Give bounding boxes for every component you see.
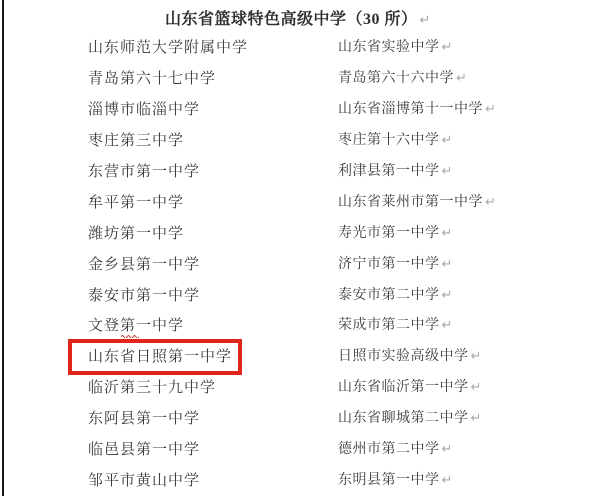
- school-name-left: 淄博市临淄中学: [88, 100, 200, 120]
- school-name-right: 山东省临沂第一中学↵: [338, 378, 482, 398]
- school-name-left: 金乡县第一中学: [88, 255, 200, 275]
- school-name-left: 潍坊第一中学: [88, 224, 184, 244]
- school-name-right: 利津县第一中学↵: [338, 162, 453, 182]
- school-name-left: 文登第一中学: [88, 316, 184, 336]
- paragraph-mark-icon: ↵: [442, 473, 453, 488]
- paragraph-mark-icon: ↵: [442, 164, 453, 179]
- paragraph-mark-icon: ↵: [442, 257, 453, 272]
- school-row: 文登第一中学 荣成市第二中学↵: [0, 311, 596, 342]
- paragraph-mark-icon: ↵: [442, 133, 453, 148]
- paragraph-mark-icon: ↵: [471, 411, 482, 426]
- school-name-right: 东明县第一中学↵: [338, 471, 453, 491]
- paragraph-mark-icon: ↵: [420, 13, 431, 28]
- school-row: 临邑县第一中学 德州市第二中学↵: [0, 435, 596, 466]
- school-row: 山东省日照第一中学 日照市实验高级中学↵: [0, 342, 596, 373]
- school-row: 东阿县第一中学 山东省聊城第二中学↵: [0, 404, 596, 435]
- paragraph-mark-icon: ↵: [442, 442, 453, 457]
- school-name-right: 枣庄第十六中学↵: [338, 131, 453, 151]
- school-name-left: 东营市第一中学: [88, 162, 200, 182]
- school-name-right: 青岛第六十六中学↵: [338, 69, 467, 89]
- title-text: 山东省篮球特色高级中学（30 所）: [165, 11, 418, 28]
- school-name-right: 山东省淄博第十一中学↵: [338, 100, 496, 120]
- school-row: 枣庄第三中学 枣庄第十六中学↵: [0, 126, 596, 157]
- school-row: 淄博市临淄中学 山东省淄博第十一中学↵: [0, 95, 596, 126]
- paragraph-mark-icon: ↵: [471, 380, 482, 395]
- paragraph-mark-icon: ↵: [471, 349, 482, 364]
- paragraph-mark-icon: ↵: [442, 318, 453, 333]
- school-name-left: 青岛第六十七中学: [88, 69, 216, 89]
- school-name-highlighted: 山东省日照第一中学: [68, 339, 242, 375]
- school-row: 邹平市黄山中学 东明县第一中学↵: [0, 465, 596, 496]
- paragraph-mark-icon: ↵: [442, 226, 453, 241]
- school-name-right: 山东省聊城第二中学↵: [338, 409, 482, 429]
- school-name-left: 邹平市黄山中学: [88, 471, 200, 491]
- school-row: 金乡县第一中学 济宁市第一中学↵: [0, 249, 596, 280]
- paragraph-mark-icon: ↵: [442, 288, 453, 303]
- school-name-right: 山东省莱州市第一中学↵: [338, 193, 496, 213]
- school-row: 泰安市第一中学 泰安市第二中学↵: [0, 280, 596, 311]
- school-name-left: 临邑县第一中学: [88, 440, 200, 460]
- school-row: 牟平第一中学 山东省莱州市第一中学↵: [0, 187, 596, 218]
- school-name-left: 东阿县第一中学: [88, 409, 200, 429]
- school-name-right: 日照市实验高级中学↵: [338, 347, 482, 367]
- school-name-right: 泰安市第二中学↵: [338, 286, 453, 306]
- school-name-left: 临沂第三十九中学: [88, 378, 216, 398]
- school-name-right: 荣成市第二中学↵: [338, 316, 453, 336]
- document-page: 山东省篮球特色高级中学（30 所）↵ 山东师范大学附属中学 山东省实验中学↵ 青…: [0, 0, 596, 496]
- paragraph-mark-icon: ↵: [442, 40, 453, 55]
- spellcheck-underline-icon: [121, 334, 139, 338]
- school-name-left: 山东师范大学附属中学: [88, 38, 248, 58]
- school-row: 临沂第三十九中学 山东省临沂第一中学↵: [0, 373, 596, 404]
- school-row: 潍坊第一中学 寿光市第一中学↵: [0, 218, 596, 249]
- school-name-right: 德州市第二中学↵: [338, 440, 453, 460]
- school-row: 山东师范大学附属中学 山东省实验中学↵: [0, 33, 596, 64]
- school-row: 青岛第六十七中学 青岛第六十六中学↵: [0, 64, 596, 95]
- school-name-right: 济宁市第一中学↵: [338, 255, 453, 275]
- school-name-left: 枣庄第三中学: [88, 131, 184, 151]
- school-list: 山东师范大学附属中学 山东省实验中学↵ 青岛第六十七中学 青岛第六十六中学↵ 淄…: [0, 33, 596, 496]
- school-name-right: 寿光市第一中学↵: [338, 224, 453, 244]
- school-name-left: 泰安市第一中学: [88, 286, 200, 306]
- paragraph-mark-icon: ↵: [485, 102, 496, 117]
- paragraph-mark-icon: ↵: [456, 71, 467, 86]
- paragraph-mark-icon: ↵: [485, 195, 496, 210]
- school-name-right: 山东省实验中学↵: [338, 38, 453, 58]
- school-name-left: 牟平第一中学: [88, 193, 184, 213]
- school-row: 东营市第一中学 利津县第一中学↵: [0, 157, 596, 188]
- document-title: 山东省篮球特色高级中学（30 所）↵: [0, 6, 596, 29]
